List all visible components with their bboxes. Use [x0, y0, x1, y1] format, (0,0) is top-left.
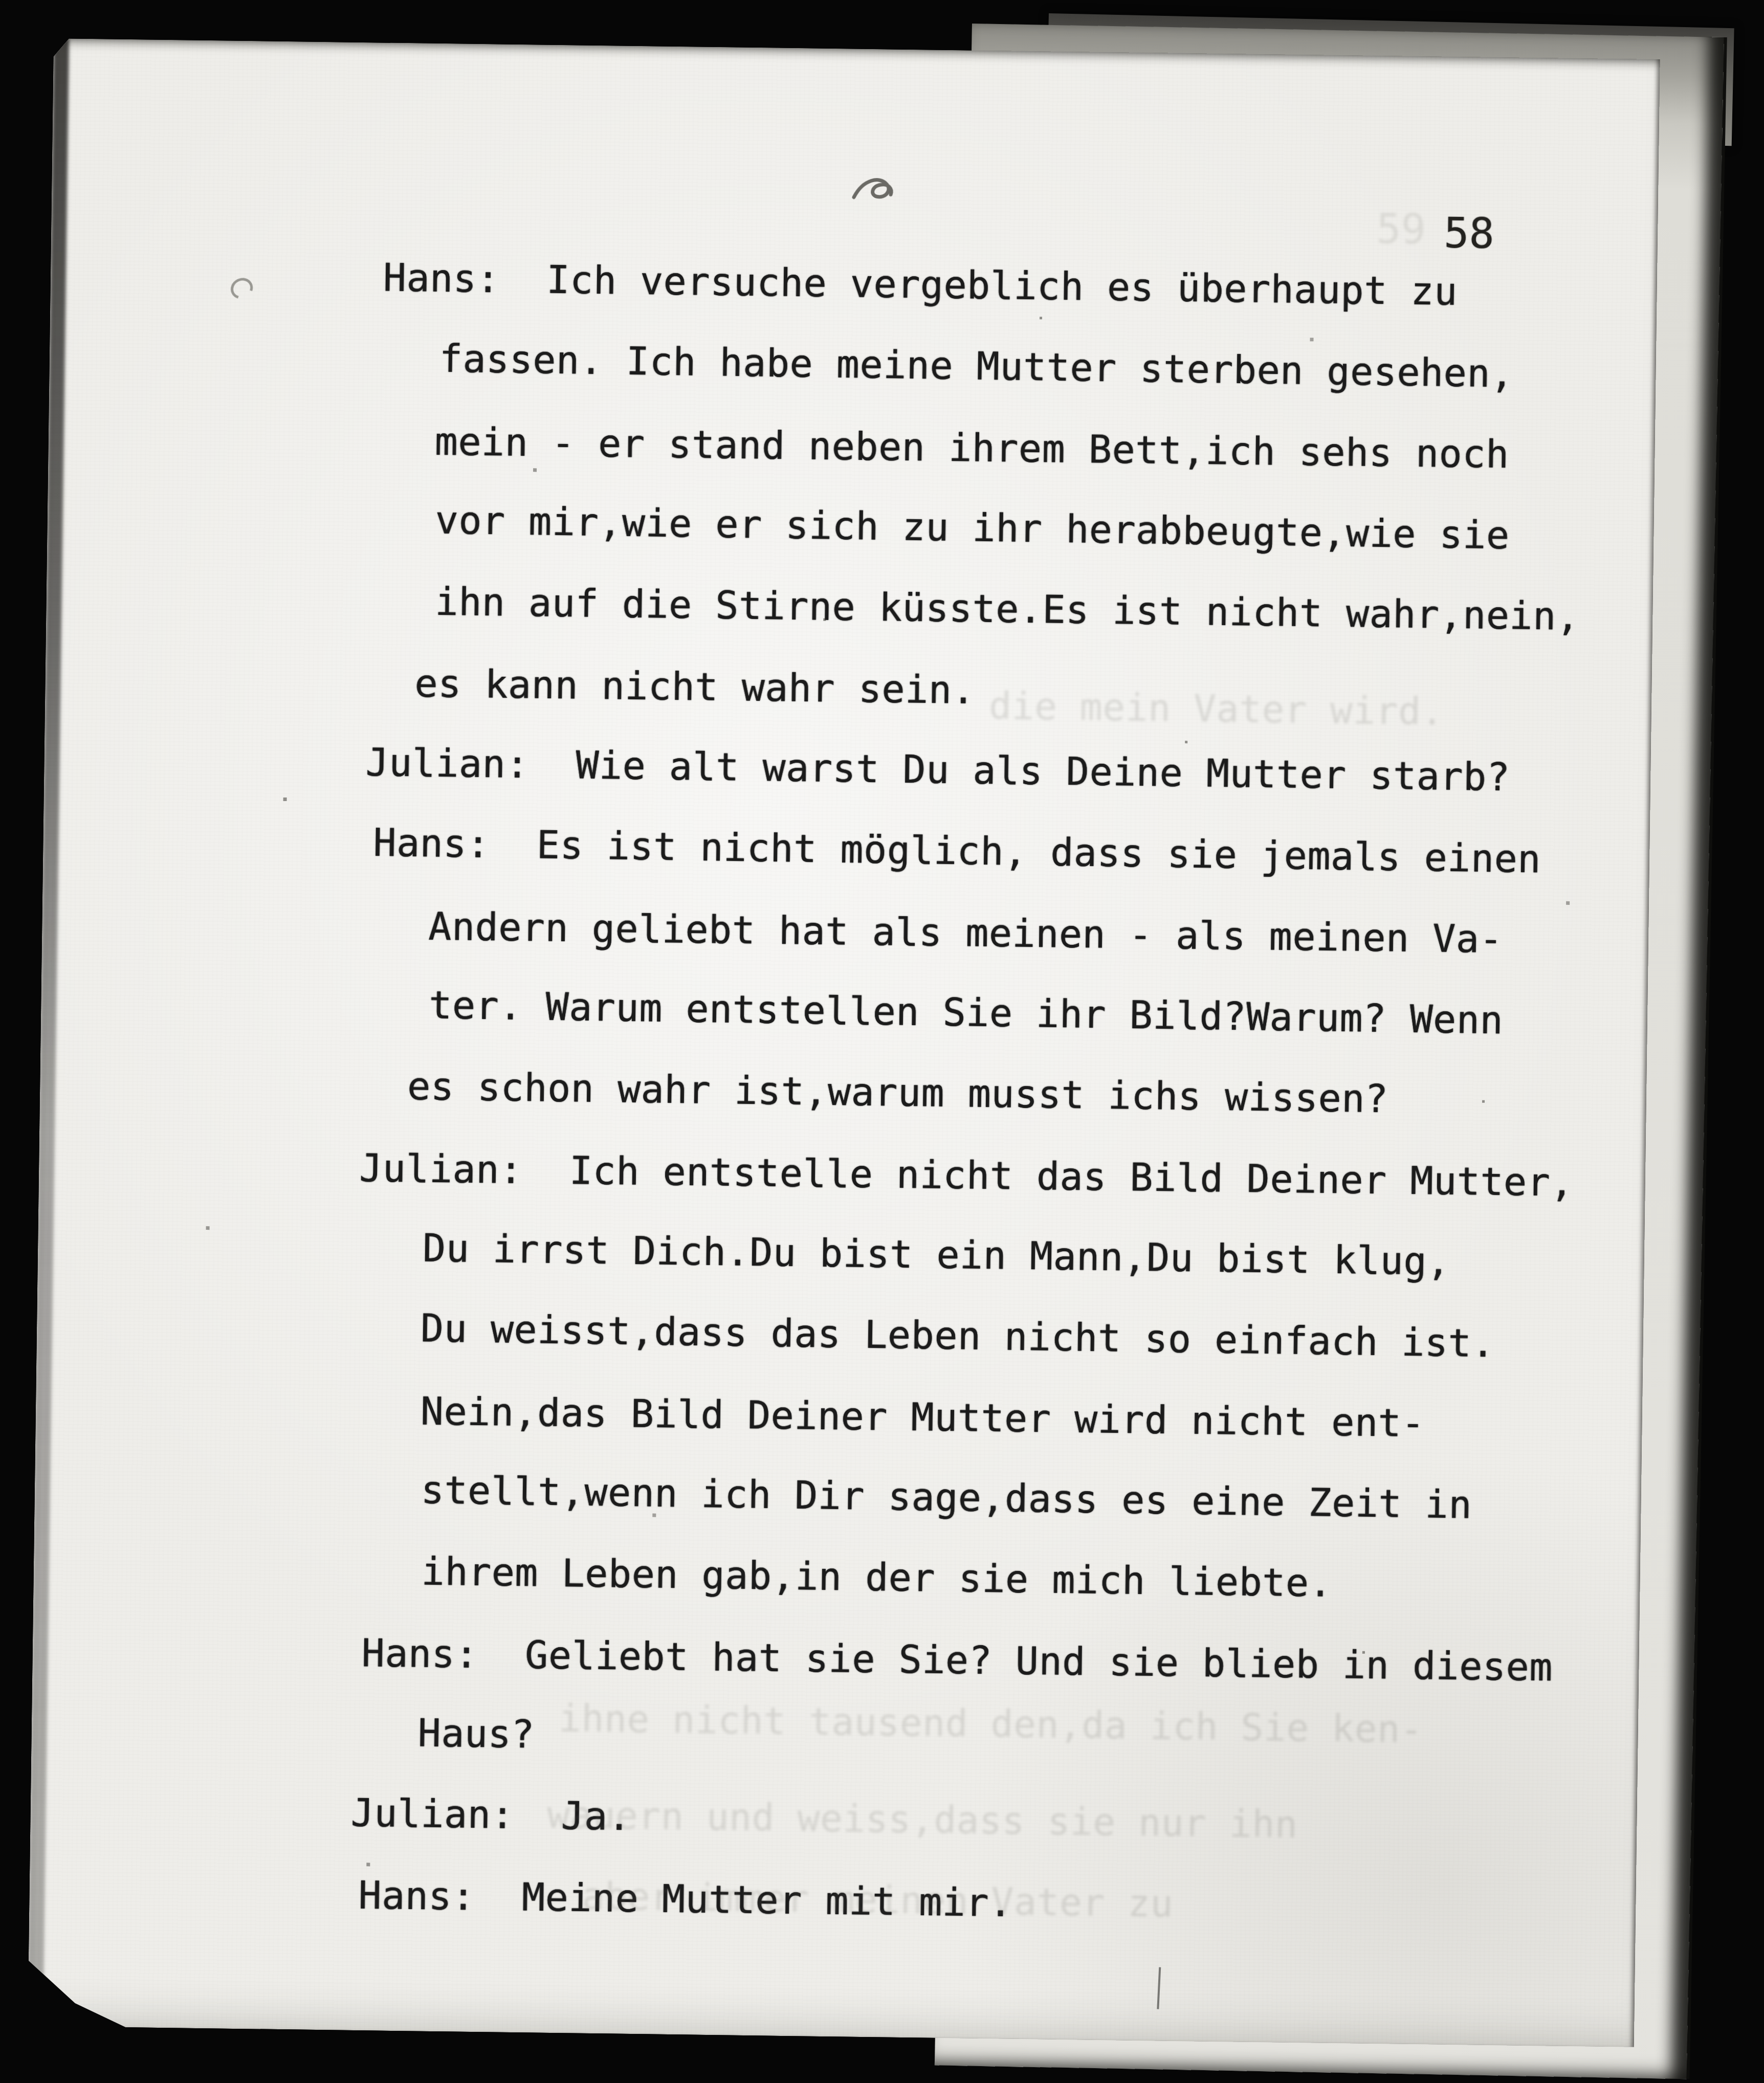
typed-line: vor mir,wie er sich zu ihr herabbeugte,w…: [435, 501, 1510, 555]
typed-line: Hans: Es ist nicht möglich, dass sie jem…: [373, 824, 1541, 879]
ghost-line: ihne nicht tausend den,da ich Sie ken-: [559, 1700, 1423, 1748]
typed-line: Du irrst Dich.Du bist ein Mann,Du bist k…: [423, 1229, 1451, 1281]
typed-line: Julian: Ich entstelle nicht das Bild Dei…: [359, 1149, 1574, 1202]
typed-line: Hans: Geliebt hat sie Sie? Und sie blieb…: [361, 1634, 1553, 1687]
scan-background: 59 58 Hans: Ich versuche vergeblich es ü…: [0, 0, 1764, 2083]
page-number: 58: [1444, 209, 1495, 258]
ghost-page-number: 59: [1376, 205, 1426, 253]
typed-line: ihrem Leben gab,in der sie mich liebte.: [421, 1553, 1332, 1603]
ink-smudge-icon: [850, 170, 912, 212]
typed-line: stellt,wenn ich Dir sage,dass es eine Ze…: [421, 1471, 1472, 1524]
typed-line: Haus?: [417, 1714, 535, 1754]
ghost-line: die mein Vater wird.: [989, 688, 1444, 731]
ghost-line: wauern und weiss,dass sie nur ihn: [547, 1797, 1298, 1844]
typed-line: Du weisst,dass das Leben nicht so einfac…: [421, 1309, 1495, 1363]
typescript-page: 59 58 Hans: Ich versuche vergeblich es ü…: [28, 38, 1660, 2047]
typed-line: es schon wahr ist,warum musst ichs wisse…: [407, 1067, 1388, 1118]
small-ink-mark: [227, 274, 256, 303]
ghost-line: aber immer meinen Vater zu: [582, 1878, 1174, 1923]
typed-line: es kann nicht wahr sein.: [414, 664, 976, 710]
dust-specks: [43, 28, 45, 30]
typed-line: ihn auf die Stirne küsste.Es ist nicht w…: [435, 583, 1580, 636]
typed-line: Andern geliebt hat als meinen - als mein…: [428, 907, 1503, 959]
typed-line: Julian: Wie alt warst Du als Deine Mutte…: [365, 743, 1510, 796]
typed-line: Nein,das Bild Deiner Mutter wird nicht e…: [420, 1392, 1425, 1443]
typed-line: mein - er stand neben ihrem Bett,ich seh…: [434, 423, 1509, 474]
typed-line: ter. Warum entstellen Sie ihr Bild?Warum…: [429, 986, 1504, 1039]
typed-line: fassen. Ich habe meine Mutter sterben ge…: [439, 340, 1514, 393]
typed-line: Hans: Ich versuche vergeblich es überhau…: [383, 258, 1458, 311]
scratch-mark: [1157, 1967, 1161, 2009]
